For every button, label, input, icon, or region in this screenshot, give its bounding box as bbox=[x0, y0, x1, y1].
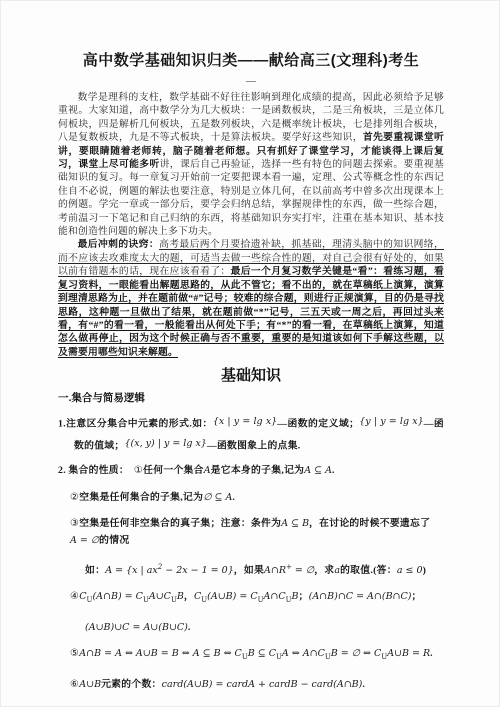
example-text-1: ，如果 bbox=[234, 565, 264, 576]
property-1-end: . bbox=[332, 465, 335, 476]
property-3-end: 的情况 bbox=[99, 535, 129, 546]
formula-a-subset-b: A ⊆ B bbox=[281, 518, 309, 529]
formula-domain-set: {x | y = lg x} bbox=[213, 416, 277, 427]
set-property-3: ③空集是任何非空集合的真子集；注意：条件为A ⊆ B，在讨论的时候不要遗忘了A … bbox=[70, 515, 444, 549]
sprint-tips-underlined-bold: 最后一个月复习数学关键是“看”：看练习题，看复习资料，一眼能看出解题思路的，从此… bbox=[58, 266, 444, 357]
formula-empty-subset-a: ∅ ⊆ A bbox=[203, 492, 232, 503]
formula-intersect-r-plus: A∩R+ = ∅ bbox=[264, 565, 314, 576]
formula-a-union-b: A∪B bbox=[79, 679, 101, 690]
sep-3: ； bbox=[412, 591, 422, 602]
section-1-title: 一.集合与简易逻辑 bbox=[58, 391, 444, 405]
item-1-points-label: —函数图象上的点集. bbox=[207, 440, 301, 451]
property-2-end: . bbox=[232, 492, 235, 503]
item-2-set-properties: 2. 集合的性质： ①任何一个集合A是它本身的子集,记为A ⊆ A. ②空集是任… bbox=[58, 462, 444, 692]
set-property-5: ⑤A∩B = A ⇔ A∪B = B ⇔ A ⊆ B ⇔ CUB ⊆ CUA ⇔… bbox=[70, 645, 444, 666]
formula-point-set: {(x, y) | y = lg x} bbox=[124, 438, 206, 449]
property-6-end: . bbox=[362, 679, 365, 690]
set-property-3-example: 如：A = {x | ax2 − 2x − 1 = 0}，如果A∩R+ = ∅，… bbox=[85, 559, 444, 579]
example-lead: 如： bbox=[85, 565, 105, 576]
formula-range-set: {y | y = lg x} bbox=[359, 416, 423, 427]
formula-assoc-union: (A∪B)∪C = A∪(B∪C) bbox=[85, 622, 188, 633]
example-text-2: ，求 bbox=[314, 565, 334, 576]
set-property-2: ②空集是任何集合的子集,记为∅ ⊆ A. bbox=[70, 489, 444, 506]
document-page: 高中数学基础知识归类——献给高三(文理科)考生 — 数学是理科的支柱，数学基础不… bbox=[0, 0, 500, 707]
item-1-number: 1. bbox=[58, 419, 66, 430]
item-1-element-forms: 1.注意区分集合中元素的形式.如：{x | y = lg x}—函数的定义域；{… bbox=[58, 412, 444, 455]
circled-2: ② bbox=[70, 492, 79, 503]
item-1-domain-label: —函数的定义域； bbox=[277, 419, 359, 430]
circled-6: ⑥ bbox=[70, 679, 79, 690]
page-title: 高中数学基础知识归类——献给高三(文理科)考生 bbox=[58, 50, 444, 72]
formula-equivalence-chain: A∩B = A ⇔ A∪B = B ⇔ A ⊆ B ⇔ CUB ⊆ CUA ⇔ … bbox=[79, 648, 430, 659]
item-2-number: 2. bbox=[58, 465, 66, 476]
formula-a-empty: A = ∅ bbox=[70, 535, 99, 546]
title-divider: — bbox=[58, 76, 444, 88]
property-3-text: 空集是任何非空集合的真子集；注意：条件为 bbox=[79, 518, 281, 529]
property-5-end: . bbox=[430, 648, 433, 659]
formula-cardinality: card(A∪B) = cardA + cardB − card(A∩B) bbox=[162, 679, 363, 690]
sep-1: ， bbox=[184, 591, 194, 602]
sep-2: ； bbox=[299, 591, 309, 602]
formula-set-a: A bbox=[204, 465, 211, 476]
example-text-3: 的取值.(答： bbox=[340, 565, 397, 576]
item-2-lead: 集合的性质： bbox=[68, 465, 129, 476]
property-1-text: 任何一个集合 bbox=[143, 465, 204, 476]
intro-paragraph-2: 最后冲刺的诀窍：高考最后两个月要拾遗补缺，抓基础，理清头脑中的知识网络，而不应该… bbox=[58, 238, 444, 359]
formula-assoc-intersection: (A∩B)∩C = A∩(B∩C) bbox=[309, 591, 412, 602]
formula-a-subset-a: A ⊆ A bbox=[304, 465, 332, 476]
property-4-end: . bbox=[188, 622, 191, 633]
circled-3: ③ bbox=[70, 518, 79, 529]
set-property-1: 2. 集合的性质： ①任何一个集合A是它本身的子集,记为A ⊆ A. bbox=[58, 462, 444, 479]
circled-4: ④ bbox=[70, 591, 79, 602]
item-1-lead: 注意区分集合中元素的形式.如： bbox=[66, 419, 213, 430]
property-6-text: 元素的个数： bbox=[101, 679, 162, 690]
formula-answer: a ≤ 0 bbox=[397, 565, 423, 576]
circled-1: ① bbox=[134, 465, 143, 476]
formula-quadratic-set: A = {x | ax2 − 2x − 1 = 0} bbox=[105, 565, 234, 576]
basics-heading: 基础知识 bbox=[58, 366, 444, 386]
set-property-4: ④CU(A∩B) = CUA∪CUB，CU(A∪B) = CUA∩CUB；(A∩… bbox=[70, 588, 444, 609]
circled-5: ⑤ bbox=[70, 648, 79, 659]
formula-demorgan-1: CU(A∩B) = CUA∪CUB bbox=[79, 591, 184, 602]
property-3-text-2: ，在讨论的时候不要遗忘了 bbox=[309, 518, 430, 529]
set-property-4-continued: (A∪B)∪C = A∪(B∪C). bbox=[85, 619, 444, 636]
formula-demorgan-2: CU(A∪B) = CUA∩CUB bbox=[194, 591, 299, 602]
example-end: ) bbox=[423, 565, 427, 576]
property-1-text-2: 是它本身的子集,记为 bbox=[211, 465, 305, 476]
sprint-tips-lead: 最后冲刺的诀窍： bbox=[78, 239, 159, 250]
intro-p1-normal-2: 讲，课后自己再验证，选择一些有特色的问题去探索。要重视基础知识的复习。每一章复习… bbox=[58, 159, 444, 237]
intro-paragraph-1: 数学是理科的支柱，数学基础不好往往影响到理化成绩的提高，因此必须给予足够重视。大… bbox=[58, 91, 444, 238]
set-property-6: ⑥A∪B元素的个数：card(A∪B) = cardA + cardB − ca… bbox=[70, 676, 444, 693]
property-2-text: 空集是任何集合的子集,记为 bbox=[79, 492, 203, 503]
